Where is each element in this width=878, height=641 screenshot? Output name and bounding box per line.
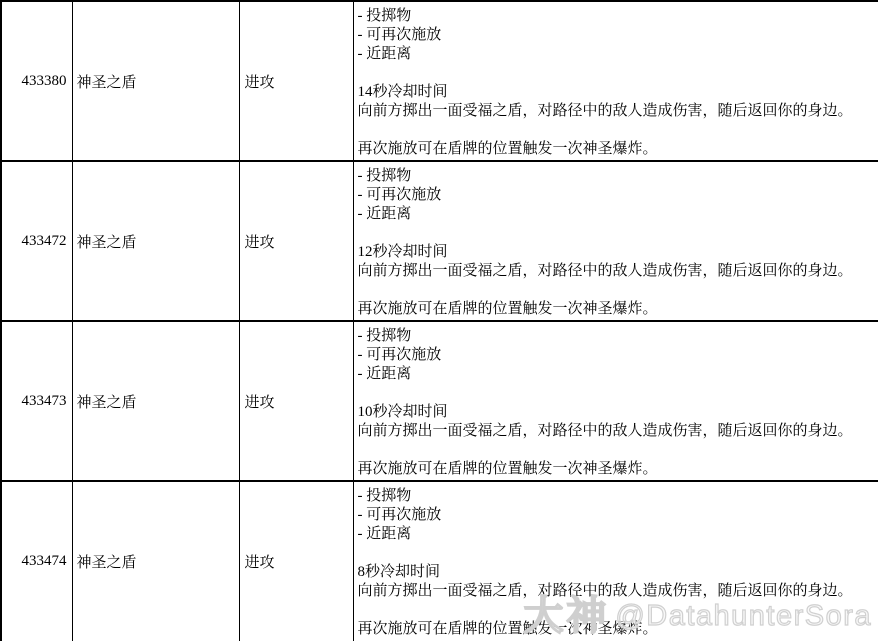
skill-description-cell: - 投掷物 - 可再次施放 - 近距离 10秒冷却时间 向前方掷出一面受福之盾，… [353, 321, 878, 481]
skill-category-cell: 进攻 [239, 161, 353, 321]
skill-row: 433473 神圣之盾 进攻 - 投掷物 - 可再次施放 - 近距离 10秒冷却… [1, 321, 878, 481]
skill-description-cell: - 投掷物 - 可再次施放 - 近距离 8秒冷却时间 向前方掷出一面受福之盾，对… [353, 481, 878, 641]
skill-category-cell: 进攻 [239, 321, 353, 481]
skill-description-cell: - 投掷物 - 可再次施放 - 近距离 14秒冷却时间 向前方掷出一面受福之盾，… [353, 1, 878, 161]
skills-table: 433380 神圣之盾 进攻 - 投掷物 - 可再次施放 - 近距离 14秒冷却… [0, 0, 878, 641]
skill-name-cell: 神圣之盾 [72, 321, 239, 481]
skill-row: 433472 神圣之盾 进攻 - 投掷物 - 可再次施放 - 近距离 12秒冷却… [1, 161, 878, 321]
skill-name-cell: 神圣之盾 [72, 161, 239, 321]
skill-id-cell: 433472 [1, 161, 72, 321]
skill-category-cell: 进攻 [239, 481, 353, 641]
skill-id-cell: 433473 [1, 321, 72, 481]
skill-row: 433380 神圣之盾 进攻 - 投掷物 - 可再次施放 - 近距离 14秒冷却… [1, 1, 878, 161]
skill-name-cell: 神圣之盾 [72, 481, 239, 641]
skill-row: 433474 神圣之盾 进攻 - 投掷物 - 可再次施放 - 近距离 8秒冷却时… [1, 481, 878, 641]
skill-description-cell: - 投掷物 - 可再次施放 - 近距离 12秒冷却时间 向前方掷出一面受福之盾，… [353, 161, 878, 321]
skill-name-cell: 神圣之盾 [72, 1, 239, 161]
skill-id-cell: 433380 [1, 1, 72, 161]
skill-id-cell: 433474 [1, 481, 72, 641]
skill-category-cell: 进攻 [239, 1, 353, 161]
